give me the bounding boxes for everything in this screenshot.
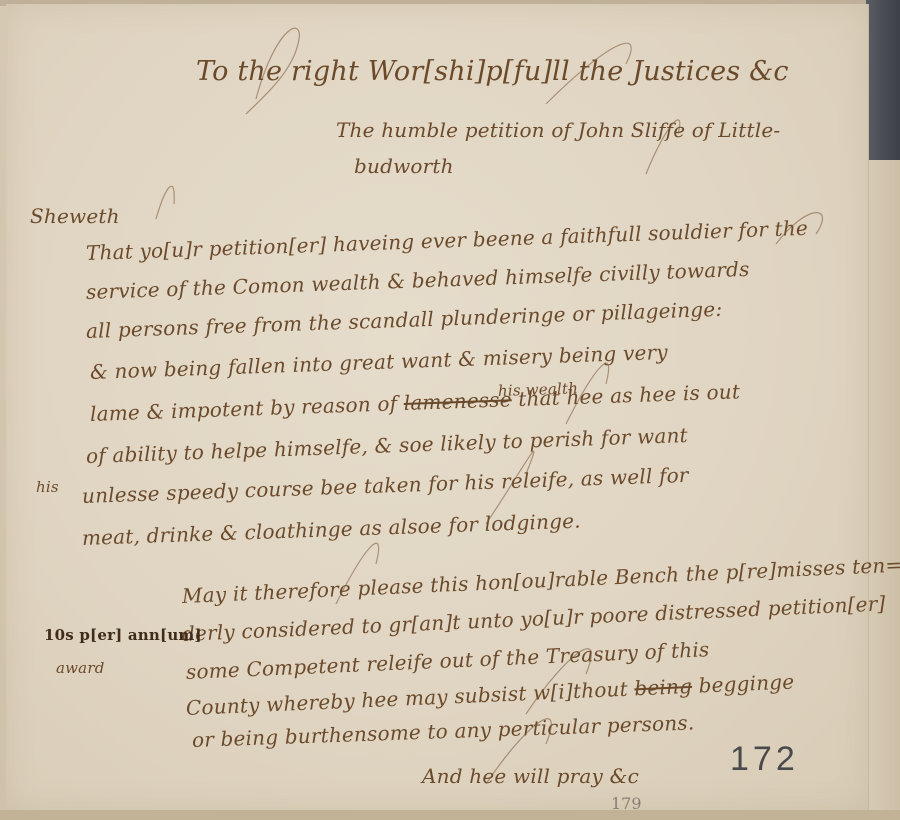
body-line: & now being fallen into great want & mis… [90,340,669,384]
margin-note-his: his [36,478,59,496]
prayer-line-text: County whereby hee may subsist w[i]thout [185,677,628,720]
manuscript-page: To the right Wor[shi]p[fu]ll the Justice… [6,4,869,810]
document-viewer: To the right Wor[shi]p[fu]ll the Justice… [0,0,900,820]
interlinear-insertion: his wealth [498,379,579,400]
margin-order-word: award [56,659,105,677]
prayer-line: or being burthensome to any perticular p… [192,710,695,752]
body-line: all persons free from the scandall plund… [86,297,723,343]
sheweth-label: Sheweth [30,204,120,228]
petition-heading-place: budworth [354,154,454,178]
body-line: service of the Comon wealth & behaved hi… [86,257,750,304]
body-line: unlesse speedy course bee taken for his … [82,463,689,508]
petition-heading: The humble petition of John Sliffe of Li… [336,118,780,142]
archive-tab [866,0,900,162]
address-line: To the right Wor[shi]p[fu]ll the Justice… [196,56,789,87]
body-line-text: lame & impotent by reason of [90,391,398,426]
closing-line: And hee will pray &c [422,764,639,788]
pencil-number: 172 [730,740,799,779]
body-line: of ability to helpe himselfe, & soe like… [86,423,689,468]
prayer-line-tail: begginge [698,669,795,697]
margin-order-amount: 10s p[er] ann[um] [44,626,202,644]
body-line: meat, drinke & cloathinge as alsoe for l… [82,509,582,550]
bottom-edge [0,810,900,820]
struck-word: lamenesse [403,387,512,415]
struck-word: being [634,674,693,700]
body-line: lame & impotent by reason of lamenesse t… [90,379,741,426]
